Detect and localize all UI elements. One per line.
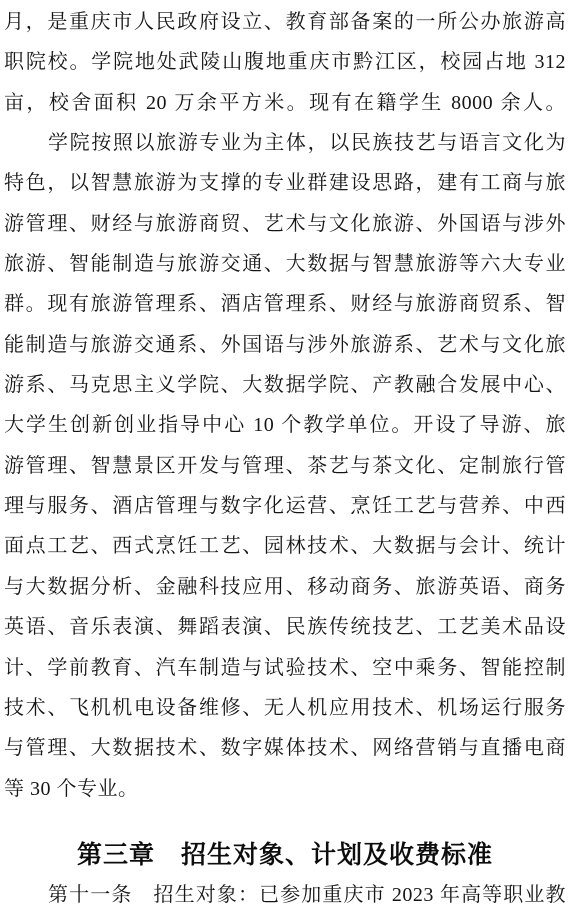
text-line: 游管理、财经与旅游商贸、艺术与文化旅游、外国语与涉外 [4, 204, 566, 244]
text-line: 职院校。学院地处武陵山腹地重庆市黔江区，校园占地 312 [4, 42, 566, 82]
text-line: 英语、音乐表演、舞蹈表演、民族传统技艺、工艺美术品设 [4, 607, 566, 647]
text-line: 大学生创新创业指导中心 10 个教学单位。开设了导游、旅 [4, 405, 566, 445]
text-line: 与管理、大数据技术、数字媒体技术、网络营销与直播电商 [4, 728, 566, 768]
document-page: 月，是重庆市人民政府设立、教育部备案的一所公办旅游高 职院校。学院地处武陵山腹地… [0, 0, 570, 911]
text-line: 理与服务、酒店管理与数字化运营、烹饪工艺与营养、中西 [4, 486, 566, 526]
text-line: 特色，以智慧旅游为支撑的专业群建设思路，建有工商与旅 [4, 163, 566, 203]
paragraph-article-11: 第十一条 招生对象：已参加重庆市 2023 年高等职业教 [4, 875, 566, 911]
text-line: 群。现有旅游管理系、酒店管理系、财经与旅游商贸系、智 [4, 284, 566, 324]
text-line: 月，是重庆市人民政府设立、教育部备案的一所公办旅游高 [4, 2, 566, 42]
text-line: 能制造与旅游交通系、外国语与涉外旅游系、艺术与文化旅 [4, 325, 566, 365]
text-line: 第十一条 招生对象：已参加重庆市 2023 年高等职业教 [4, 875, 566, 911]
text-line: 游管理、智慧景区开发与管理、茶艺与茶文化、定制旅行管 [4, 446, 566, 486]
chapter-heading: 第三章 招生对象、计划及收费标准 [4, 835, 566, 875]
text-line: 计、学前教育、汽车制造与试验技术、空中乘务、智能控制 [4, 648, 566, 688]
text-line: 旅游、智能制造与旅游交通、大数据与智慧旅游等六大专业 [4, 244, 566, 284]
text-line: 面点工艺、西式烹饪工艺、园林技术、大数据与会计、统计 [4, 526, 566, 566]
text-line: 等 30 个专业。 [4, 769, 566, 809]
text-line: 亩，校舍面积 20 万余平方米。现有在籍学生 8000 余人。 [4, 83, 566, 123]
text-line: 学院按照以旅游专业为主体，以民族技艺与语言文化为 [4, 123, 566, 163]
text-line: 技术、飞机机电设备维修、无人机应用技术、机场运行服务 [4, 688, 566, 728]
text-line: 与大数据分析、金融科技应用、移动商务、旅游英语、商务 [4, 567, 566, 607]
text-line: 游系、马克思主义学院、大数据学院、产教融合发展中心、 [4, 365, 566, 405]
paragraph-majors-list: 学院按照以旅游专业为主体，以民族技艺与语言文化为 特色，以智慧旅游为支撑的专业群… [4, 123, 566, 809]
paragraph-campus-overview: 月，是重庆市人民政府设立、教育部备案的一所公办旅游高 职院校。学院地处武陵山腹地… [4, 2, 566, 123]
